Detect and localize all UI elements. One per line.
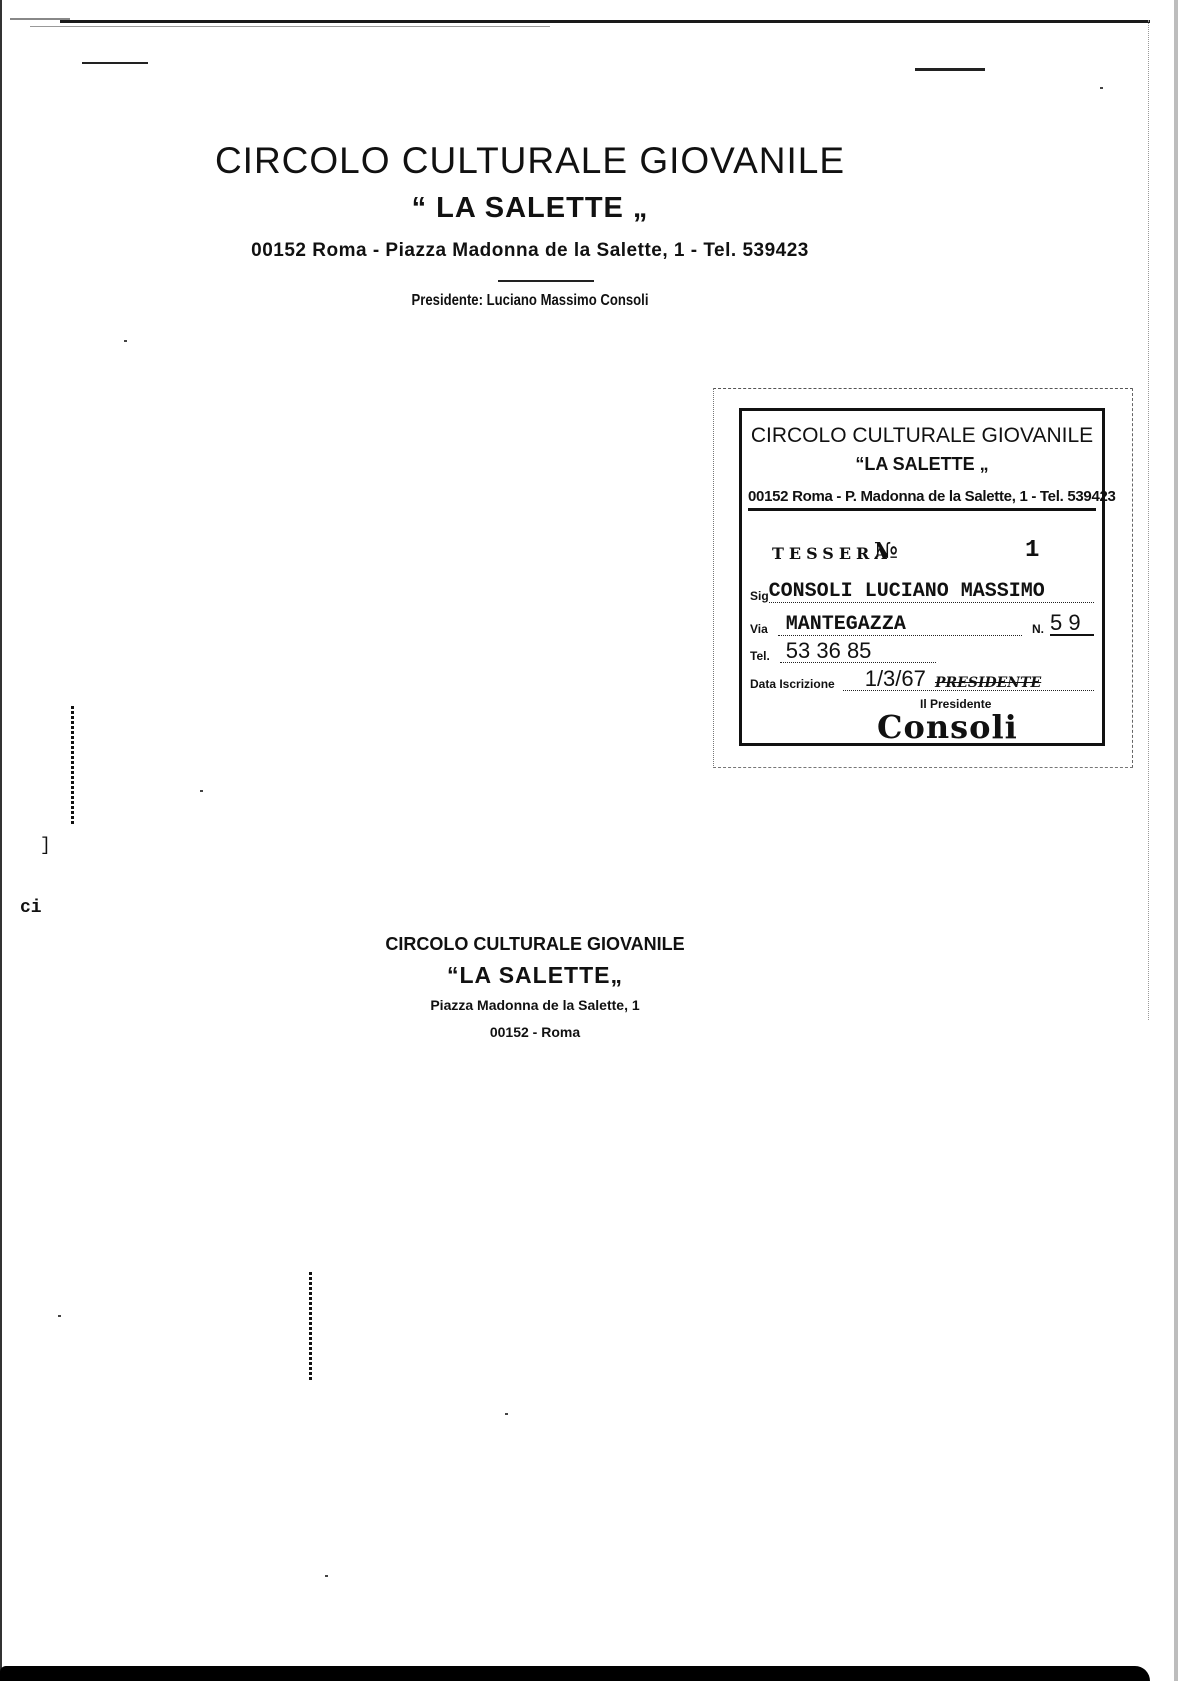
- president-stamp: PRESIDENTE: [935, 675, 1041, 691]
- printer-imprint-vertical-2: [309, 1272, 312, 1382]
- card-address: 00152 Roma - P. Madonna de la Salette, 1…: [748, 488, 1096, 511]
- card-name: “LA SALETTE „: [742, 454, 1102, 475]
- envelope-name: “LA SALETTE„: [300, 962, 770, 989]
- date-label: Data Iscrizione: [750, 677, 835, 691]
- card-number: 1: [1025, 537, 1039, 564]
- field-row-sig: Sig CONSOLI LUCIANO MASSIMO: [750, 581, 1094, 603]
- scan-dash-right: [915, 68, 985, 71]
- printer-imprint-vertical: [71, 706, 74, 824]
- scan-right-dots: [1148, 20, 1150, 1020]
- sig-value: CONSOLI LUCIANO MASSIMO: [769, 581, 1094, 603]
- field-row-date: Data Iscrizione 1/3/67: [750, 667, 1094, 691]
- sig-label: Sig: [750, 589, 769, 603]
- scan-speck: [325, 1575, 328, 1577]
- president-signature: Consoli: [877, 708, 1018, 746]
- scan-speck: [1100, 87, 1103, 89]
- via-value: MANTEGAZZA: [778, 614, 1022, 636]
- scan-dash-left: [82, 62, 148, 64]
- tel-value: 53 36 85: [780, 639, 936, 663]
- scan-bottom-band: [0, 1666, 1150, 1681]
- envelope-street: Piazza Madonna de la Salette, 1: [300, 997, 770, 1013]
- field-row-tel: Tel. 53 36 85: [750, 639, 1094, 663]
- scan-top-band: [60, 20, 1150, 23]
- card-title: CIRCOLO CULTURALE GIOVANILE: [742, 424, 1102, 448]
- civic-value: 5 9: [1050, 611, 1094, 636]
- field-row-via: Via MANTEGAZZA N. 5 9: [750, 611, 1094, 636]
- envelope-title: CIRCOLO CULTURALE GIOVANILE: [300, 934, 770, 955]
- letterhead-name: “ LA SALETTE „: [0, 192, 1060, 225]
- letterhead-address: 00152 Roma - Piazza Madonna de la Salett…: [0, 240, 1060, 262]
- scan-speck: [58, 1315, 61, 1317]
- membership-card: CIRCOLO CULTURALE GIOVANILE “LA SALETTE …: [739, 408, 1105, 746]
- letterhead-president: Presidente: Luciano Massimo Consoli: [95, 292, 964, 310]
- scan-top-faint-line: [30, 26, 550, 27]
- scan-right-edge: [1174, 0, 1178, 1681]
- letterhead-separator: [498, 280, 594, 282]
- envelope-city: 00152 - Roma: [300, 1024, 770, 1040]
- civic-label: N.: [1032, 622, 1044, 636]
- letterhead-title: CIRCOLO CULTURALE GIOVANILE: [0, 140, 1060, 182]
- number-symbol: №: [874, 538, 898, 564]
- scan-speck: [124, 340, 127, 342]
- scan-speck: [200, 790, 203, 792]
- via-label: Via: [750, 622, 768, 636]
- margin-bracket-mark: ]: [40, 836, 51, 856]
- scan-speck: [505, 1413, 508, 1415]
- tel-label: Tel.: [750, 649, 770, 663]
- margin-ci-mark: ci: [20, 898, 42, 918]
